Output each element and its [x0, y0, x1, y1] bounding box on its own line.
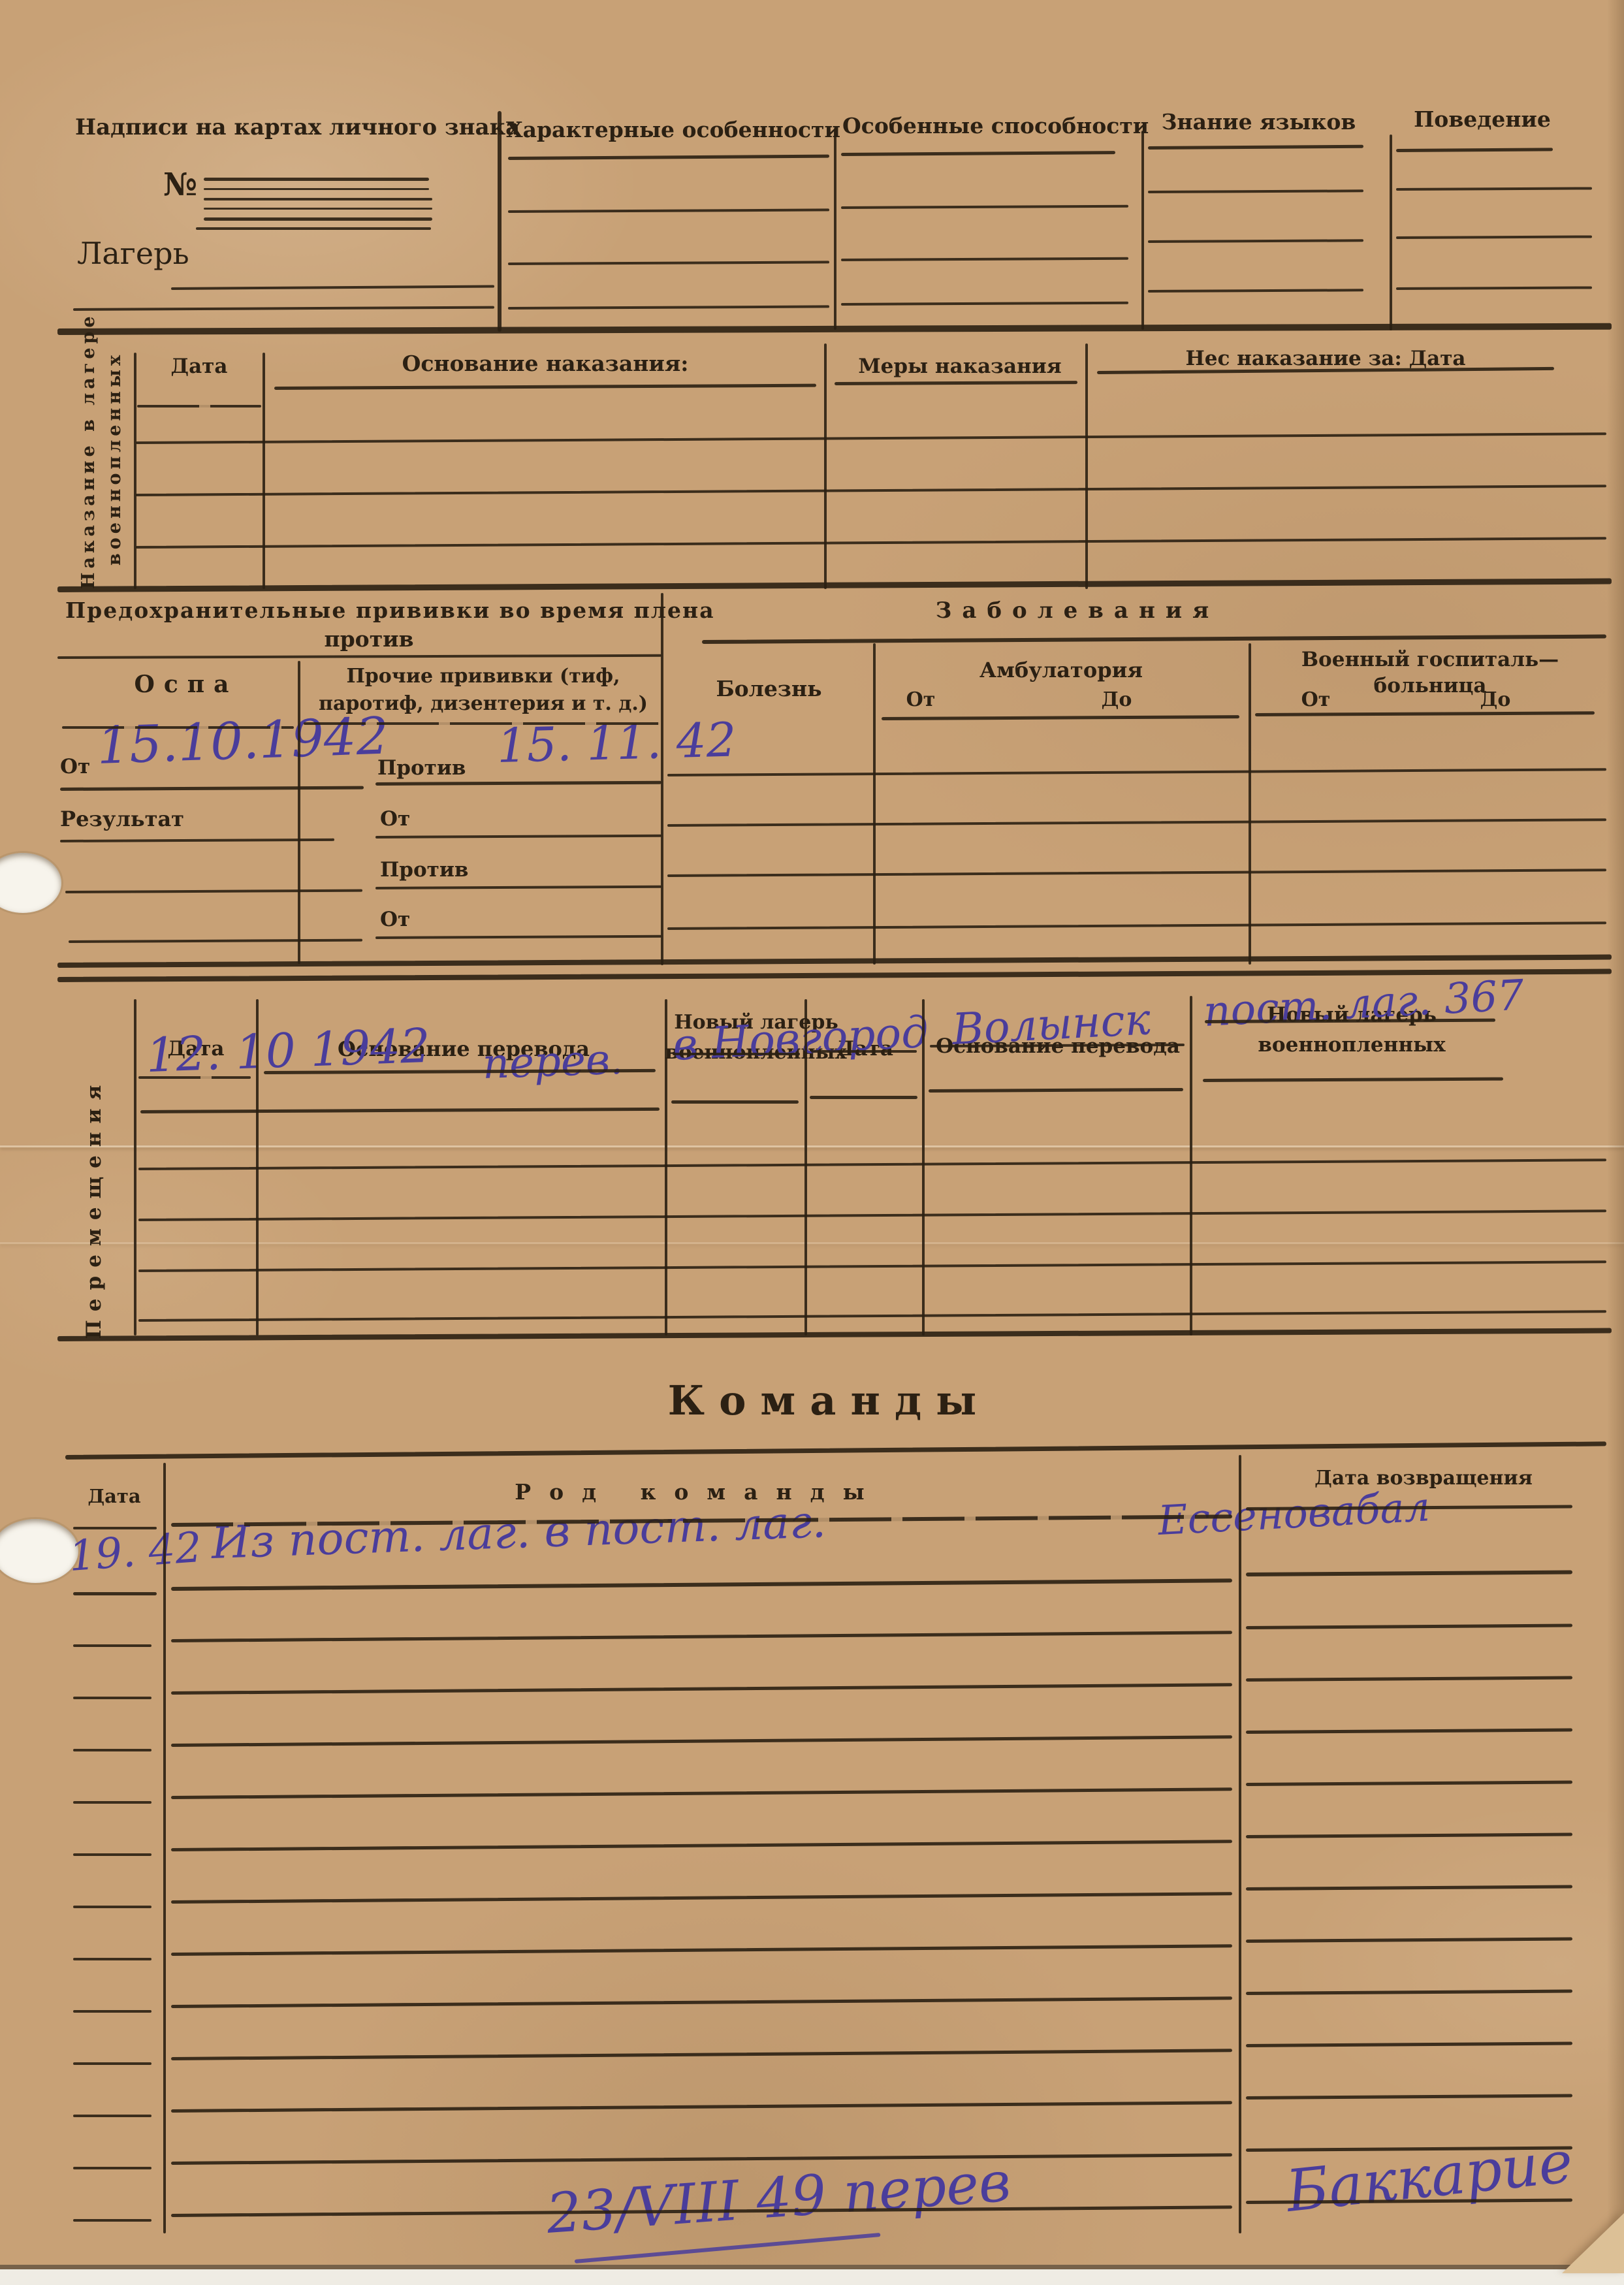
- rule-line: [1396, 187, 1592, 191]
- rule-line: [73, 2115, 151, 2117]
- rule-line: [60, 786, 364, 791]
- vaccination-header-line1: Предохранительные прививки во время плен…: [65, 599, 673, 622]
- rule-line: [138, 1209, 1606, 1221]
- rule-line-vertical: [804, 999, 807, 1335]
- rule-line: [1246, 1729, 1572, 1734]
- paper-crease: [0, 1145, 1624, 1147]
- rule-line: [136, 485, 1606, 496]
- rule-line: [1246, 2042, 1572, 2047]
- row2-from-label: От: [380, 808, 410, 830]
- rule-line: [171, 2101, 1232, 2113]
- rule-line: [171, 1892, 1232, 1904]
- rule-line: [375, 886, 661, 889]
- rule-line: [1246, 1781, 1572, 1786]
- rule-line: [136, 537, 1606, 549]
- hospital-from-label: От: [1280, 690, 1352, 711]
- rule-line-vertical: [263, 353, 265, 589]
- rule-line: [137, 405, 261, 407]
- rule-line: [1148, 289, 1363, 293]
- kommandy-entry-type: Из пост. лаг. в пост. лаг.: [211, 1500, 827, 1566]
- smallpox-column-header: Оспа: [78, 673, 294, 697]
- punishment-side-label-line1: Наказание в лагере: [78, 346, 99, 589]
- punishment-col-served: Нес наказание за: Дата: [1097, 348, 1554, 370]
- rule-line-vertical: [498, 111, 502, 332]
- rule-line: [835, 381, 1077, 385]
- rule-line: [73, 2219, 151, 2222]
- rule-line: [375, 935, 661, 939]
- rule-line: [171, 1996, 1232, 2008]
- punch-hole: [0, 853, 61, 913]
- rule-line: [136, 432, 1606, 444]
- rule-line-vertical: [134, 353, 136, 589]
- rule-line: [1396, 235, 1592, 239]
- rule-line: [171, 2153, 1232, 2165]
- rule-line-vertical: [298, 661, 300, 964]
- ambulatory-from-label: От: [888, 690, 953, 711]
- rule-line: [1148, 239, 1363, 243]
- rule-line: [57, 654, 661, 659]
- rule-line: [73, 2062, 151, 2065]
- rule-line: [702, 635, 1606, 644]
- rule-line: [841, 302, 1128, 306]
- rule-line: [196, 227, 431, 230]
- rule-line: [171, 285, 494, 290]
- result-label: Результат: [60, 808, 184, 831]
- rule-line: [138, 1260, 1606, 1272]
- rule-line-vertical: [665, 999, 667, 1335]
- transfer-entry-grounds: перев.: [482, 1039, 624, 1085]
- rule-line-vertical: [1190, 996, 1192, 1335]
- rule-line: [1396, 286, 1592, 290]
- rule-line: [1246, 1676, 1572, 1682]
- column-header-traits: Характерные особенности: [506, 119, 833, 142]
- other-vaccines-header-line1: Прочие прививки (тиф,: [307, 666, 660, 687]
- kommandy-entry-return: Ессеновабал: [1157, 1486, 1431, 1541]
- column-header-languages: Знание языков: [1146, 111, 1371, 134]
- rule-line: [673, 1053, 800, 1055]
- ambulatory-to-label: До: [1077, 690, 1156, 711]
- rule-line: [171, 1840, 1232, 1851]
- ambulatory-column-header: Амбулатория: [878, 660, 1244, 682]
- rule-line: [171, 1787, 1232, 1799]
- rule-line: [73, 1958, 151, 1960]
- transfers-side-label: Перемещения: [82, 1076, 106, 1340]
- number-sign: №: [163, 168, 197, 201]
- rule-line: [508, 208, 829, 213]
- tag-card-label: Надписи на картах личного знака: [75, 116, 503, 140]
- rule-line-vertical: [873, 643, 876, 965]
- rule-line: [841, 257, 1128, 261]
- rule-line: [73, 1527, 157, 1529]
- hospital-column-header-line1: Военный госпиталь—: [1257, 649, 1603, 671]
- kommandy-entry-date: 19. 42: [68, 1527, 204, 1578]
- rule-line: [140, 1108, 660, 1113]
- punch-hole: [0, 1519, 78, 1583]
- rule-line: [204, 217, 432, 221]
- rule-line: [375, 835, 661, 839]
- rule-line-vertical: [1249, 643, 1251, 965]
- rule-line: [508, 261, 829, 265]
- rule-line-vertical: [661, 593, 663, 965]
- rule-line: [57, 955, 1612, 968]
- camp-label: Лагерь: [77, 238, 189, 269]
- rule-line: [1246, 1571, 1572, 1576]
- rule-line: [73, 1906, 151, 1908]
- rule-line: [138, 1158, 1606, 1170]
- rule-line: [1148, 189, 1363, 193]
- rule-line: [69, 939, 362, 943]
- rule-line: [508, 155, 829, 160]
- rule-line: [73, 1853, 151, 1856]
- punishment-col-measures: Меры наказания: [836, 356, 1084, 377]
- rule-line: [73, 2167, 151, 2169]
- paper-bottom-edge: [0, 2265, 1624, 2285]
- rule-line: [60, 839, 334, 842]
- column-header-abilities: Особенные способности: [842, 115, 1117, 138]
- rule-line: [1246, 1990, 1572, 1995]
- rule-line: [1148, 145, 1363, 150]
- rule-line: [667, 921, 1606, 930]
- hospital-to-label: До: [1456, 690, 1535, 711]
- rule-line: [204, 188, 429, 190]
- rule-line: [73, 1592, 157, 1595]
- rule-line-vertical: [1390, 135, 1392, 330]
- rule-line: [508, 305, 829, 310]
- rule-line-vertical: [1141, 131, 1144, 330]
- rule-line: [1246, 1885, 1572, 1891]
- footer-note: 23/VIII 49 перев: [545, 2154, 1012, 2241]
- rule-line: [65, 1441, 1606, 1460]
- rule-line-vertical: [163, 1463, 166, 2233]
- kommandy-title: Команды: [588, 1379, 1071, 1422]
- rule-line: [375, 781, 661, 786]
- smallpox-date-entry: 15.10.1942: [96, 711, 389, 772]
- rule-line: [1396, 148, 1553, 152]
- rule-line: [171, 2049, 1232, 2060]
- paper-crease: [0, 1242, 1624, 1244]
- rule-line: [304, 722, 660, 725]
- paper-corner-fold: [1562, 2213, 1624, 2273]
- other-against-label: Против: [377, 758, 466, 779]
- rule-line: [811, 1050, 917, 1053]
- rule-line: [204, 208, 432, 210]
- rule-line: [57, 1328, 1612, 1341]
- punishment-side-label-line2: военнопленных: [104, 372, 125, 566]
- transfers-col-newcamp-right-line2: военнопленных: [1215, 1034, 1489, 1056]
- rule-line: [1255, 711, 1595, 716]
- rule-line: [57, 579, 1612, 592]
- rule-line-vertical: [1085, 344, 1088, 589]
- column-header-behavior: Поведение: [1394, 108, 1570, 131]
- smallpox-from-label: От: [60, 756, 90, 778]
- rule-line: [62, 726, 294, 729]
- rule-line: [138, 1310, 1606, 1322]
- diseases-header: Заболевания: [718, 599, 1437, 623]
- rule-line: [841, 151, 1115, 156]
- rule-line: [667, 818, 1606, 827]
- rule-line: [1203, 1078, 1503, 1082]
- rule-line-vertical: [134, 999, 136, 1335]
- rule-line: [171, 1683, 1232, 1695]
- pow-registration-card: Надписи на картах личного знака № Лагерь…: [0, 0, 1624, 2285]
- rule-line: [810, 1096, 917, 1099]
- rule-line: [171, 1735, 1232, 1747]
- rule-line: [138, 1076, 251, 1079]
- row4-from-label: От: [380, 909, 410, 931]
- rule-line: [73, 1697, 151, 1699]
- rule-line-vertical: [1239, 1455, 1241, 2233]
- punishment-col-grounds: Основание наказания:: [274, 353, 816, 376]
- rule-line: [841, 205, 1128, 209]
- rule-line: [667, 869, 1606, 877]
- rule-line: [65, 889, 362, 893]
- rule-line-vertical: [824, 344, 827, 589]
- rule-line: [73, 2010, 151, 2013]
- rule-line: [1246, 1833, 1572, 1838]
- paper-edge-shade: [1607, 0, 1624, 2285]
- rule-line: [1246, 2094, 1572, 2100]
- row3-against-label: Против: [380, 859, 468, 881]
- rule-line: [73, 1749, 151, 1751]
- rule-line: [73, 306, 494, 311]
- vaccination-header-line2: против: [65, 628, 673, 651]
- rule-line: [1246, 1938, 1572, 1943]
- punishment-col-date: Дата: [137, 356, 261, 377]
- rule-line: [171, 1944, 1232, 1956]
- rule-line: [73, 1801, 151, 1804]
- rule-line: [204, 198, 432, 200]
- rule-line-vertical: [922, 999, 925, 1335]
- illness-column-header: Болезнь: [666, 678, 872, 701]
- rule-line: [671, 1100, 799, 1104]
- rule-line: [171, 1578, 1232, 1591]
- rule-line: [667, 768, 1606, 776]
- rule-line: [171, 1631, 1232, 1642]
- rule-line: [882, 715, 1239, 720]
- kommandy-col-date: Дата: [69, 1486, 160, 1506]
- rule-line: [274, 384, 816, 390]
- rule-line: [1246, 1624, 1572, 1629]
- rule-line: [929, 1088, 1183, 1093]
- rule-line: [204, 178, 429, 181]
- rule-line-vertical: [834, 128, 836, 330]
- rule-line: [73, 1644, 151, 1647]
- transfer-entry-newcamp-part1: в Новгород: [672, 1011, 930, 1067]
